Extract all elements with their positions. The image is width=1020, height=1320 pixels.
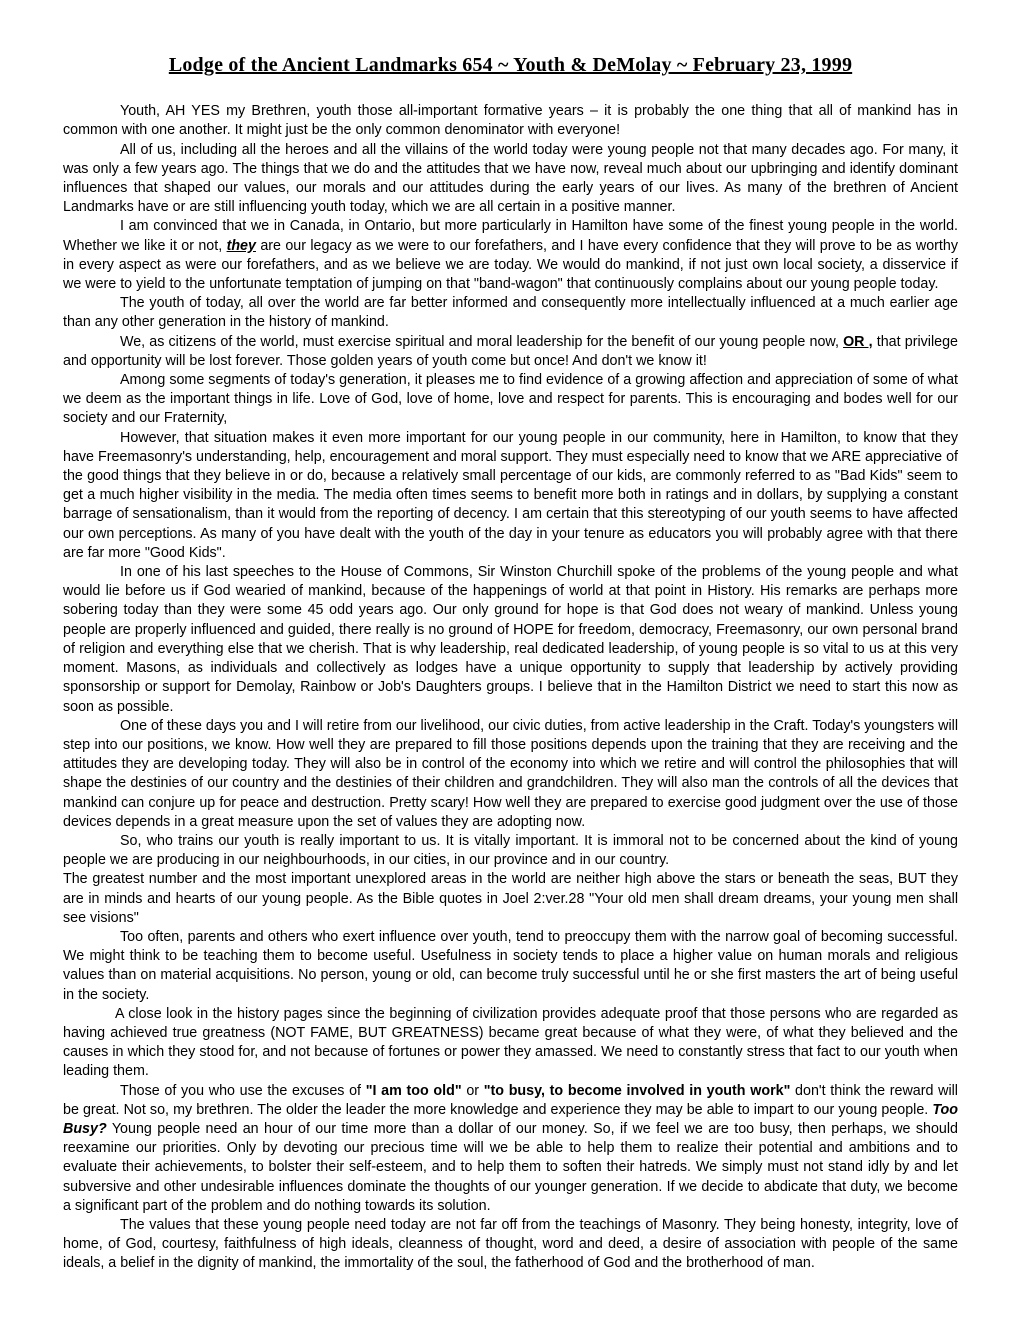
text-run: Young people need an hour of our time mo… (63, 1121, 958, 1214)
text-run: A close look in the history pages since … (63, 1006, 958, 1080)
text-run: The greatest number and the most importa… (63, 871, 958, 925)
paragraph: The values that these young people need … (63, 1216, 958, 1274)
paragraph: So, who trains our youth is really impor… (63, 832, 958, 870)
text-run: Youth, AH YES my Brethren, youth those a… (63, 103, 958, 138)
paragraph: Too often, parents and others who exert … (63, 928, 958, 1005)
text-run: The values that these young people need … (63, 1217, 958, 1271)
paragraph: However, that situation makes it even mo… (63, 429, 958, 563)
paragraph: Youth, AH YES my Brethren, youth those a… (63, 102, 958, 140)
document-title: Lodge of the Ancient Landmarks 654 ~ You… (63, 56, 958, 75)
text-run: One of these days you and I will retire … (63, 718, 958, 830)
text-run: "I am too old" (366, 1083, 462, 1099)
text-run: However, that situation makes it even mo… (63, 430, 958, 561)
text-run: So, who trains our youth is really impor… (63, 833, 958, 868)
text-run: OR , (843, 334, 873, 350)
paragraph: The youth of today, all over the world a… (63, 294, 958, 332)
text-run: "to busy, to become involved in youth wo… (484, 1083, 791, 1099)
text-run: or (462, 1083, 484, 1099)
text-run: Those of you who use the excuses of (120, 1083, 366, 1099)
paragraph: I am convinced that we in Canada, in Ont… (63, 217, 958, 294)
paragraph: Those of you who use the excuses of "I a… (63, 1082, 958, 1216)
paragraph: The greatest number and the most importa… (63, 870, 958, 928)
paragraph: In one of his last speeches to the House… (63, 563, 958, 717)
document-body: Youth, AH YES my Brethren, youth those a… (63, 102, 958, 1273)
paragraph: We, as citizens of the world, must exerc… (63, 333, 958, 371)
paragraph: One of these days you and I will retire … (63, 717, 958, 832)
paragraph: Among some segments of today's generatio… (63, 371, 958, 429)
text-run: Too often, parents and others who exert … (63, 929, 958, 1003)
text-run: The youth of today, all over the world a… (63, 295, 958, 330)
text-run: they (227, 238, 256, 254)
paragraph: All of us, including all the heroes and … (63, 141, 958, 218)
text-run: Among some segments of today's generatio… (63, 372, 958, 426)
text-run: In one of his last speeches to the House… (63, 564, 958, 714)
paragraph: A close look in the history pages since … (63, 1005, 958, 1082)
text-run: All of us, including all the heroes and … (63, 142, 958, 216)
document-page: Lodge of the Ancient Landmarks 654 ~ You… (0, 0, 1020, 1320)
text-run: We, as citizens of the world, must exerc… (120, 334, 843, 350)
